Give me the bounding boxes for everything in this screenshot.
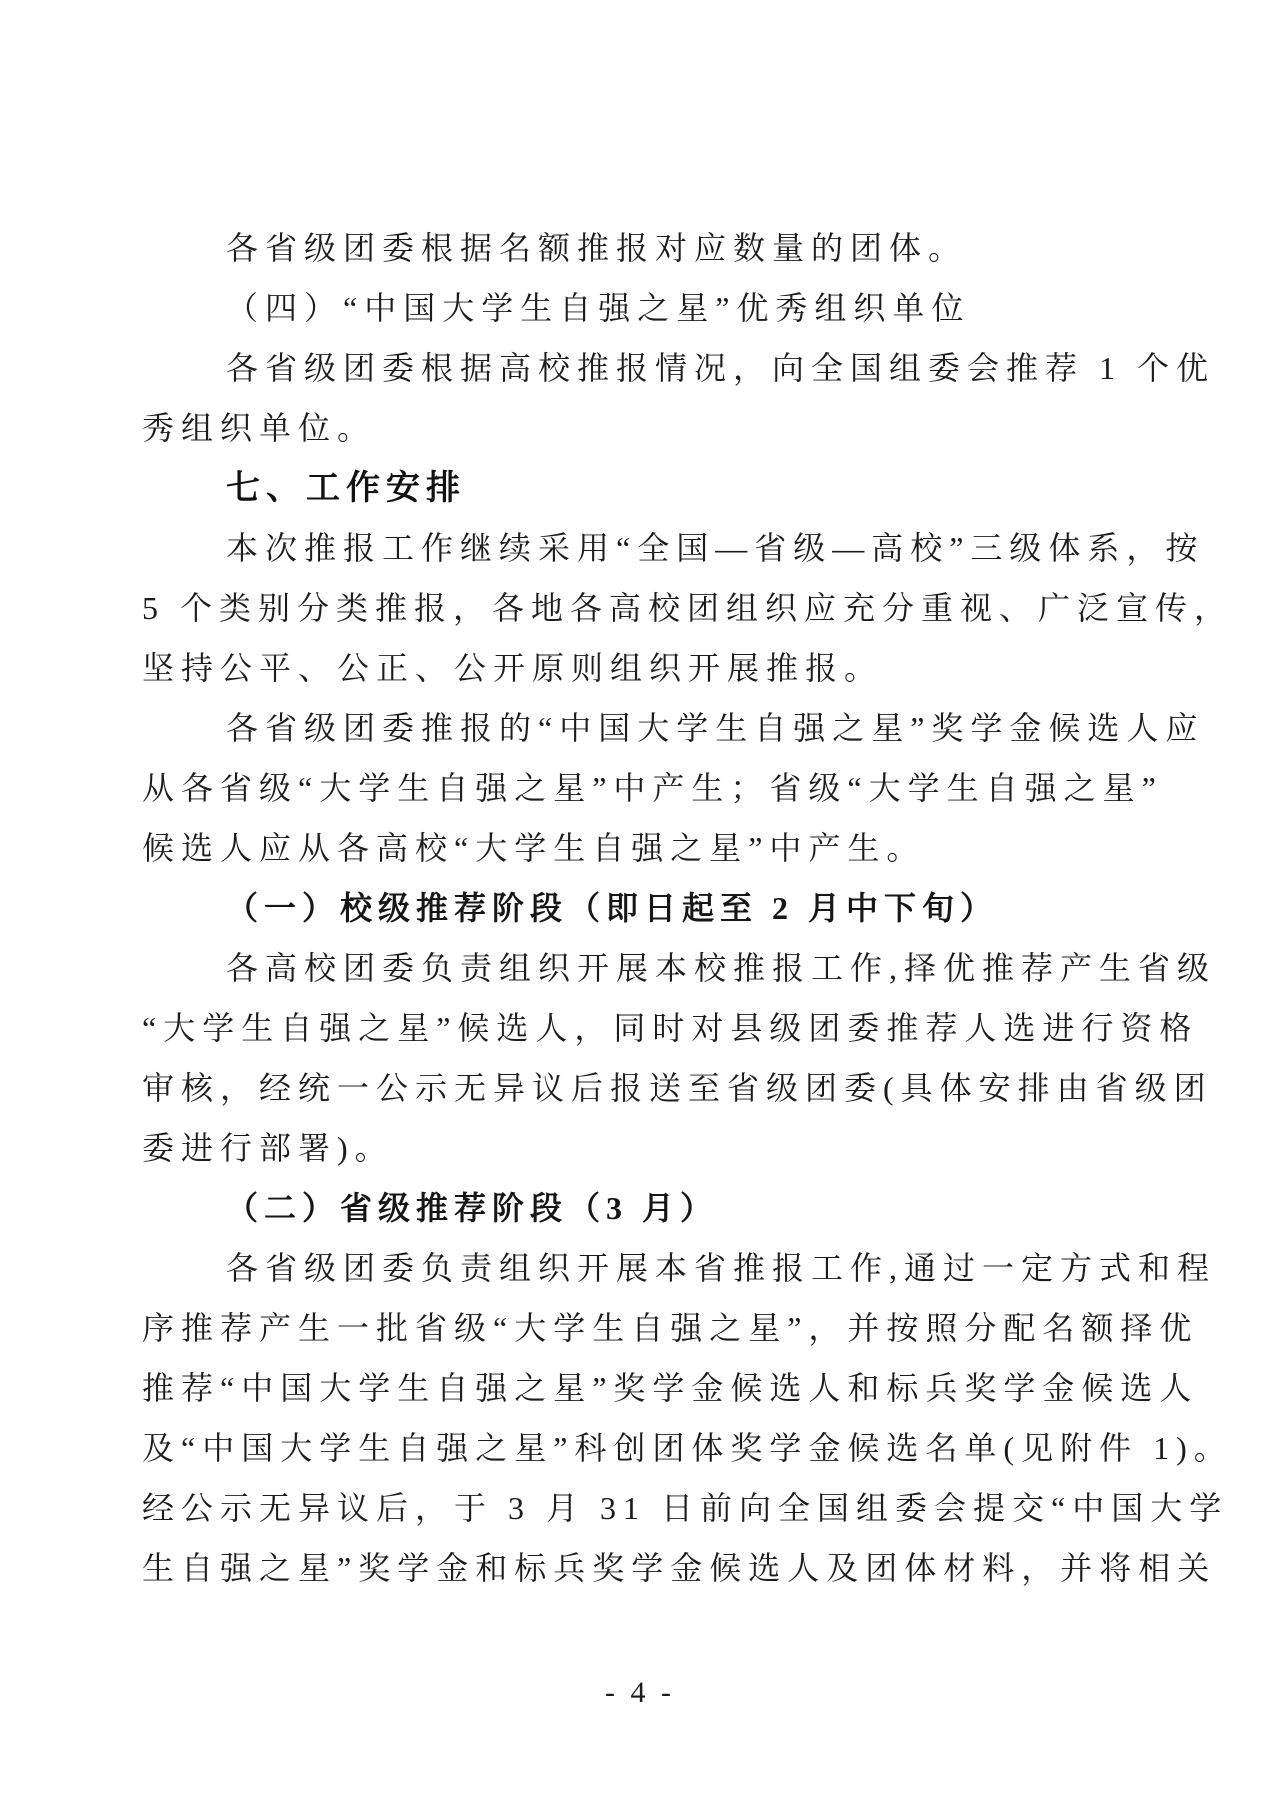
text-line: 候选人应从各高校“大学生自强之星”中产生。 [142,818,1152,878]
text-line: （二）省级推荐阶段（3 月） [142,1178,1152,1238]
document-page: 各省级团委根据名额推报对应数量的团体。（四）“中国大学生自强之星”优秀组织单位各… [0,0,1280,1810]
text-line: （四）“中国大学生自强之星”优秀组织单位 [142,278,1152,338]
text-line: 委进行部署)。 [142,1118,1152,1178]
page-number: - 4 - [0,1663,1280,1723]
text-line: 各省级团委根据高校推报情况，向全国组委会推荐 1 个优 [142,338,1152,398]
text-line: 审核，经统一公示无异议后报送至省级团委(具体安排由省级团 [142,1058,1152,1118]
text-line: 推荐“中国大学生自强之星”奖学金候选人和标兵奖学金候选人 [142,1358,1152,1418]
document-body: 各省级团委根据名额推报对应数量的团体。（四）“中国大学生自强之星”优秀组织单位各… [142,218,1152,1598]
text-line: 从各省级“大学生自强之星”中产生；省级“大学生自强之星” [142,758,1152,818]
text-line: 坚持公平、公正、公开原则组织开展推报。 [142,638,1152,698]
text-line: 序推荐产生一批省级“大学生自强之星”，并按照分配名额择优 [142,1298,1152,1358]
text-line: 各省级团委根据名额推报对应数量的团体。 [142,218,1152,278]
text-line: 生自强之星”奖学金和标兵奖学金候选人及团体材料，并将相关 [142,1538,1152,1598]
text-line: 各省级团委推报的“中国大学生自强之星”奖学金候选人应 [142,698,1152,758]
text-line: 本次推报工作继续采用“全国—省级—高校”三级体系，按 [142,518,1152,578]
text-line: “大学生自强之星”候选人，同时对县级团委推荐人选进行资格 [142,998,1152,1058]
text-line: （一）校级推荐阶段（即日起至 2 月中下旬） [142,878,1152,938]
text-line: 及“中国大学生自强之星”科创团体奖学金候选名单(见附件 1)。 [142,1418,1152,1478]
text-line: 秀组织单位。 [142,398,1152,458]
text-line: 经公示无异议后，于 3 月 31 日前向全国组委会提交“中国大学 [142,1478,1152,1538]
text-line: 5 个类别分类推报，各地各高校团组织应充分重视、广泛宣传， [142,578,1152,638]
text-line: 各高校团委负责组织开展本校推报工作,择优推荐产生省级 [142,938,1152,998]
text-line: 各省级团委负责组织开展本省推报工作,通过一定方式和程 [142,1238,1152,1298]
text-line: 七、工作安排 [142,458,1152,518]
